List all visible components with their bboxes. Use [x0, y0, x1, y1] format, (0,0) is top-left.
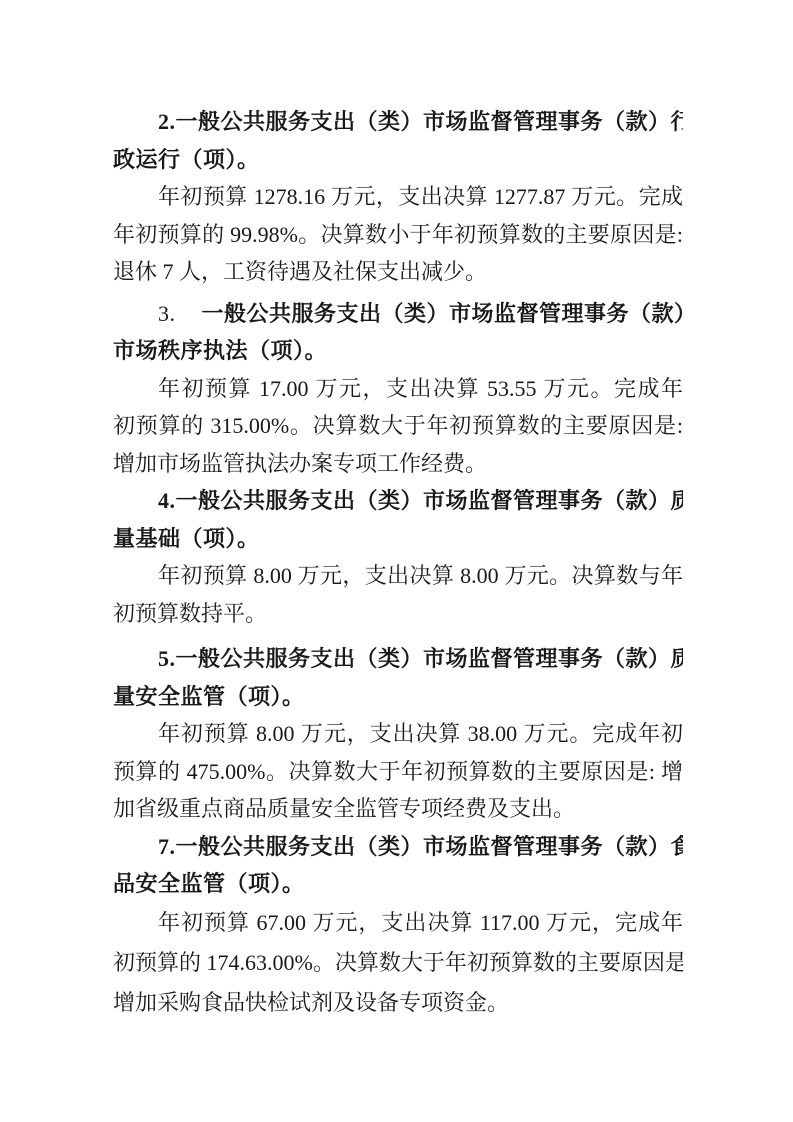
budget-section-3: 3.一般公共服务支出（类）市场监督管理事务（款） 市场秩序执法（项）。 年初预算… — [113, 295, 683, 483]
document-text-block: 2.一般公共服务支出（类）市场监督管理事务（款）行 政运行（项）。 年初预算 1… — [113, 103, 683, 1023]
section-3-number: 3. — [158, 301, 176, 326]
section-4-number: 4. — [158, 488, 176, 513]
section-3-heading-text: 一般公共服务支出（类）市场监督管理事务（款） — [202, 301, 684, 326]
document-page: 2.一般公共服务支出（类）市场监督管理事务（款）行 政运行（项）。 年初预算 1… — [0, 0, 793, 1122]
budget-section-4: 4.一般公共服务支出（类）市场监督管理事务（款）质 量基础（项）。 年初预算 8… — [113, 482, 683, 632]
section-3-body-line: 年初预算 17.00 万元，支出决算 53.55 万元。完成年 — [113, 370, 683, 408]
section-2-heading-line-1: 2.一般公共服务支出（类）市场监督管理事务（款）行 — [113, 103, 683, 141]
budget-section-5: 5.一般公共服务支出（类）市场监督管理事务（款）质 量安全监管（项）。 年初预算… — [113, 640, 683, 828]
section-7-number: 7. — [158, 834, 176, 859]
section-3-heading-line-2: 市场秩序执法（项）。 — [113, 332, 683, 370]
section-7-body-line: 年初预算 67.00 万元，支出决算 117.00 万元，完成年 — [113, 903, 683, 943]
section-5-body-line: 加省级重点商品质量安全监管专项经费及支出。 — [113, 790, 683, 828]
budget-section-7: 7.一般公共服务支出（类）市场监督管理事务（款）食 品安全监管（项）。 年初预算… — [113, 828, 683, 1023]
section-4-body-line: 初预算数持平。 — [113, 595, 683, 633]
section-4-heading-line-2: 量基础（项）。 — [113, 520, 683, 558]
section-7-body-line: 增加采购食品快检试剂及设备专项资金。 — [113, 983, 683, 1023]
section-4-heading-text: 一般公共服务支出（类）市场监督管理事务（款）质 — [176, 488, 684, 513]
section-5-heading-line-2: 量安全监管（项）。 — [113, 678, 683, 716]
section-7-heading-text: 一般公共服务支出（类）市场监督管理事务（款）食 — [176, 834, 684, 859]
section-4-body-line: 年初预算 8.00 万元，支出决算 8.00 万元。决算数与年 — [113, 557, 683, 595]
budget-section-2: 2.一般公共服务支出（类）市场监督管理事务（款）行 政运行（项）。 年初预算 1… — [113, 103, 683, 291]
section-4-heading-line-1: 4.一般公共服务支出（类）市场监督管理事务（款）质 — [113, 482, 683, 520]
section-3-body-line: 初预算的 315.00%。决算数大于年初预算数的主要原因是: — [113, 407, 683, 445]
section-5-body-line: 预算的 475.00%。决算数大于年初预算数的主要原因是: 增 — [113, 753, 683, 791]
section-5-heading-line-1: 5.一般公共服务支出（类）市场监督管理事务（款）质 — [113, 640, 683, 678]
section-7-heading-line-2: 品安全监管（项）。 — [113, 865, 683, 903]
section-2-body-line: 年初预算的 99.98%。决算数小于年初预算数的主要原因是: — [113, 216, 683, 254]
section-2-body-line: 退休 7 人，工资待遇及社保支出减少。 — [113, 253, 683, 291]
section-2-heading-line-2: 政运行（项）。 — [113, 141, 683, 179]
section-5-body-line: 年初预算 8.00 万元，支出决算 38.00 万元。完成年初 — [113, 715, 683, 753]
section-3-body-line: 增加市场监管执法办案专项工作经费。 — [113, 445, 683, 483]
section-7-body-line: 初预算的 174.63.00%。决算数大于年初预算数的主要原因是: — [113, 943, 683, 983]
section-5-heading-text: 一般公共服务支出（类）市场监督管理事务（款）质 — [176, 646, 684, 671]
section-3-heading-line-1: 3.一般公共服务支出（类）市场监督管理事务（款） — [113, 295, 683, 333]
section-2-body-line: 年初预算 1278.16 万元，支出决算 1277.87 万元。完成 — [113, 178, 683, 216]
section-2-heading-text: 一般公共服务支出（类）市场监督管理事务（款）行 — [176, 109, 684, 134]
section-5-number: 5. — [158, 646, 176, 671]
section-7-heading-line-1: 7.一般公共服务支出（类）市场监督管理事务（款）食 — [113, 828, 683, 866]
section-2-number: 2. — [158, 109, 176, 134]
